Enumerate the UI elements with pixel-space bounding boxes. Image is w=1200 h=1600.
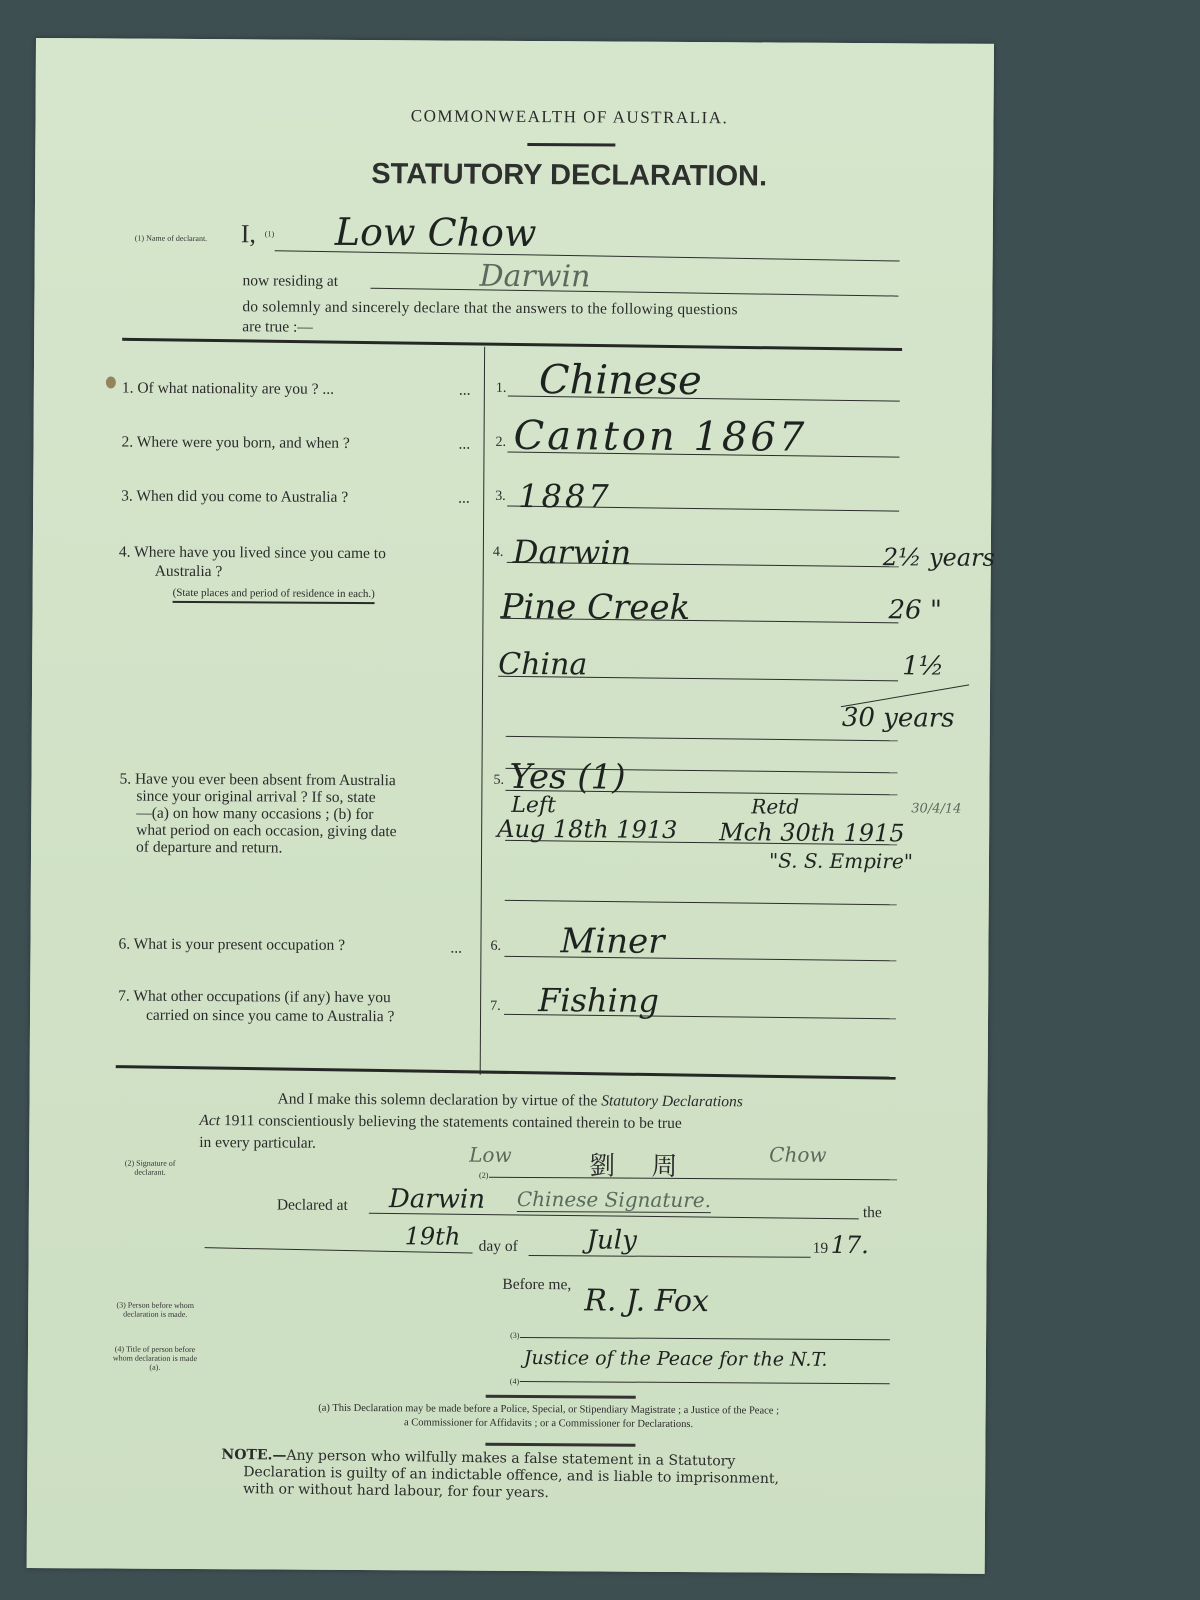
questions-top-rule	[122, 338, 902, 351]
declared-at-label: Declared at	[277, 1195, 348, 1214]
answer-4-number: 4.	[493, 545, 504, 561]
declaration-line-3: in every particular.	[199, 1133, 316, 1153]
footer-divider-1	[486, 1395, 636, 1399]
residence-total[interactable]: 30 years	[842, 703, 955, 734]
answer-2-number: 2.	[495, 435, 506, 451]
residence-3-period[interactable]: 1½	[902, 651, 944, 681]
question-6: 6. What is your present occupation ?	[118, 935, 345, 955]
answer-6[interactable]: Miner	[560, 921, 664, 962]
footer-divider-2	[485, 1443, 635, 1447]
before-me-label: Before me,	[502, 1275, 571, 1294]
witness-signature-line	[520, 1337, 890, 1340]
residing-label: now residing at	[242, 271, 338, 291]
residence-value[interactable]: Darwin	[479, 259, 590, 295]
question-4-note: (State places and period of residence in…	[173, 587, 375, 604]
answer-5-line-3	[505, 900, 897, 905]
declaration-line-2: Act 1911 conscientiously believing the s…	[199, 1111, 681, 1133]
signature-line	[489, 1177, 897, 1180]
residence-1-place[interactable]: Darwin	[513, 533, 631, 572]
answer-5-number: 5.	[493, 773, 504, 789]
answer-1[interactable]: Chinese	[539, 357, 702, 404]
legal-note: NOTE.—Any person who wilfully makes a fa…	[221, 1447, 902, 1507]
intro-text-line1: do solemnly and sincerely declare that t…	[242, 297, 902, 320]
footnote-a: (a) This Declaration may be made before …	[224, 1401, 874, 1433]
residence-line	[370, 288, 898, 297]
year-prefix: 19	[813, 1239, 829, 1258]
question-3-dots: ...	[458, 489, 470, 508]
question-7: 7. What other occupations (if any) have …	[118, 987, 488, 1027]
witness-title[interactable]: Justice of the Peace for the N.T.	[524, 1347, 828, 1371]
question-3: 3. When did you come to Australia ?	[121, 487, 348, 507]
chinese-signature-note: Chinese Signature.	[517, 1187, 711, 1213]
answer-3-number: 3.	[495, 489, 506, 505]
declared-day[interactable]: 19th	[405, 1222, 461, 1250]
question-6-dots: ...	[450, 939, 462, 958]
question-1: 1. Of what nationality are you ? ...	[122, 379, 334, 399]
answer-7-number: 7.	[490, 999, 501, 1015]
residence-2-place[interactable]: Pine Creek	[500, 587, 690, 628]
stain-mark	[106, 376, 116, 388]
question-4: 4. Where have you lived since you came t…	[119, 543, 489, 583]
month-line	[529, 1255, 811, 1258]
column-divider	[480, 347, 485, 1075]
question-2: 2. Where were you born, and when ?	[121, 433, 349, 453]
question-2-dots: ...	[458, 435, 470, 454]
questions-bottom-rule	[116, 1065, 896, 1080]
margin-note-declarant: (1) Name of declarant.	[135, 234, 245, 244]
signature-name-left: Low	[469, 1143, 512, 1167]
margin-note-signature: (2) Signature of declarant.	[115, 1159, 185, 1177]
question-5: 5. Have you ever been absent from Austra…	[119, 771, 490, 858]
answer-1-number: 1.	[496, 381, 507, 397]
declarant-name[interactable]: Low Chow	[335, 210, 537, 255]
residence-3-place[interactable]: China	[498, 647, 587, 683]
declared-year[interactable]: 17.	[831, 1231, 869, 1259]
answer-5[interactable]: Yes (1)	[509, 757, 625, 798]
residence-1-period[interactable]: 2½ years	[883, 543, 995, 572]
declarant-prefix: I,	[241, 219, 256, 249]
signature-marker: (2)	[479, 1171, 488, 1180]
ship-name[interactable]: "S. S. Empire"	[769, 848, 913, 873]
declared-month[interactable]: July	[587, 1225, 637, 1255]
declaration-document: COMMONWEALTH OF AUSTRALIA. STATUTORY DEC…	[27, 38, 994, 1574]
answer-7[interactable]: Fishing	[538, 981, 659, 1020]
person-marker: (3)	[510, 1331, 519, 1340]
declared-at-place[interactable]: Darwin	[389, 1184, 485, 1215]
clerk-annotation: 30/4/14	[911, 801, 961, 816]
intro-text-line2: are true :—	[242, 317, 313, 336]
declaration-line-1: And I make this solemn declaration by vi…	[277, 1089, 742, 1111]
declarant-marker: (1)	[265, 229, 274, 238]
residence-line-4	[506, 736, 898, 741]
answer-2[interactable]: Canton 1867	[513, 413, 807, 461]
witness-title-line	[520, 1381, 890, 1384]
jurisdiction-heading: COMMONWEALTH OF AUSTRALIA.	[35, 104, 993, 130]
document-title: STATUTORY DECLARATION.	[35, 156, 993, 195]
witness-signature[interactable]: R. J. Fox	[584, 1283, 709, 1319]
margin-note-title: (4) Title of person before whom declarat…	[112, 1344, 198, 1372]
the-label: the	[863, 1203, 882, 1222]
answer-3[interactable]: 1887	[518, 477, 612, 516]
question-1-dots: ...	[459, 381, 471, 400]
margin-note-person: (3) Person before whom declaration is ma…	[112, 1300, 198, 1319]
answer-6-number: 6.	[490, 939, 501, 955]
header-divider	[527, 143, 615, 147]
residence-2-period[interactable]: 26 "	[888, 595, 941, 625]
signature-name-right: Chow	[769, 1142, 826, 1166]
return-label: Retd	[751, 794, 799, 818]
day-of-label: day of	[479, 1237, 518, 1256]
title-marker: (4)	[510, 1377, 519, 1386]
